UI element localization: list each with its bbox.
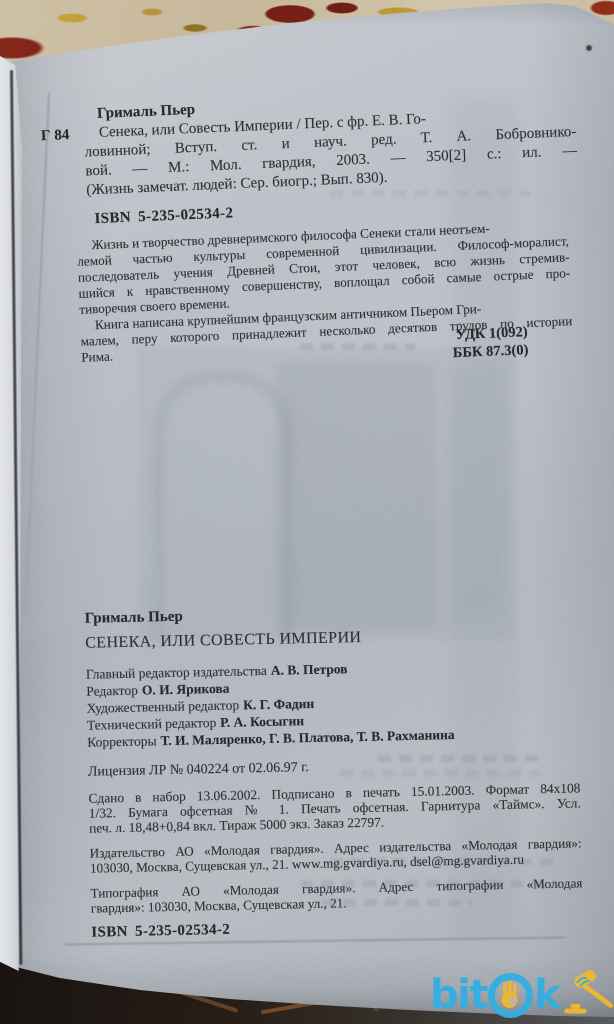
staff-role: Технический редактор — [87, 715, 217, 733]
imprint-block: Грималь Пьер СЕНЕКА, ИЛИ СОВЕСТЬ ИМПЕРИИ… — [42, 600, 584, 942]
staff-role: Главный редактор издательства — [86, 663, 267, 682]
staff-name: А. В. Петров — [271, 661, 348, 678]
book-page: Г 84 Грималь Пьер Сенека, или Совесть Им… — [0, 0, 614, 1024]
classification-codes: УДК 1(092) ББК 87.3(0) — [452, 323, 529, 362]
showthrough-arch — [152, 370, 294, 641]
catalog-card-block: Г 84 Грималь Пьер Сенека, или Совесть Им… — [40, 85, 585, 367]
staff-list: Главный редактор издательстваА. В. Петро… — [86, 655, 580, 750]
license-line: Лицензия ЛР № 040224 от 02.06.97 г. — [88, 754, 580, 780]
gavel-icon — [561, 966, 614, 1024]
watermark-text-k: k — [534, 975, 559, 1015]
staff-name: К. Г. Фадин — [243, 696, 314, 712]
book-photo: Г 84 Грималь Пьер Сенека, или Совесть Им… — [0, 0, 614, 1024]
bitok-watermark: bit k — [430, 966, 614, 1024]
staff-role: Корректоры — [87, 733, 157, 749]
showthrough-rect — [276, 362, 436, 630]
watermark-text-bit: bit — [430, 975, 487, 1015]
ok-hand-circle-icon — [488, 973, 533, 1018]
staff-role: Редактор — [86, 683, 138, 699]
publisher-info: Издательство АО «Молодая гвардия». Адрес… — [90, 835, 583, 875]
catalog-index: Г 84 — [41, 127, 70, 145]
staff-name: О. И. Ярикова — [142, 681, 230, 698]
staff-name: Р. А. Косыгин — [220, 713, 304, 730]
ok-hand-icon — [497, 981, 523, 1009]
bbk-code: ББК 87.3(0) — [452, 341, 528, 362]
imprint-title: СЕНЕКА, ИЛИ СОВЕСТЬ ИМПЕРИИ — [85, 624, 577, 652]
print-info: Сдано в набор 13.06.2002. Подписано в пе… — [88, 780, 581, 835]
page-speck — [586, 45, 592, 51]
typography-info: Типография АО «Молодая гвардия». Адрес т… — [90, 875, 583, 915]
